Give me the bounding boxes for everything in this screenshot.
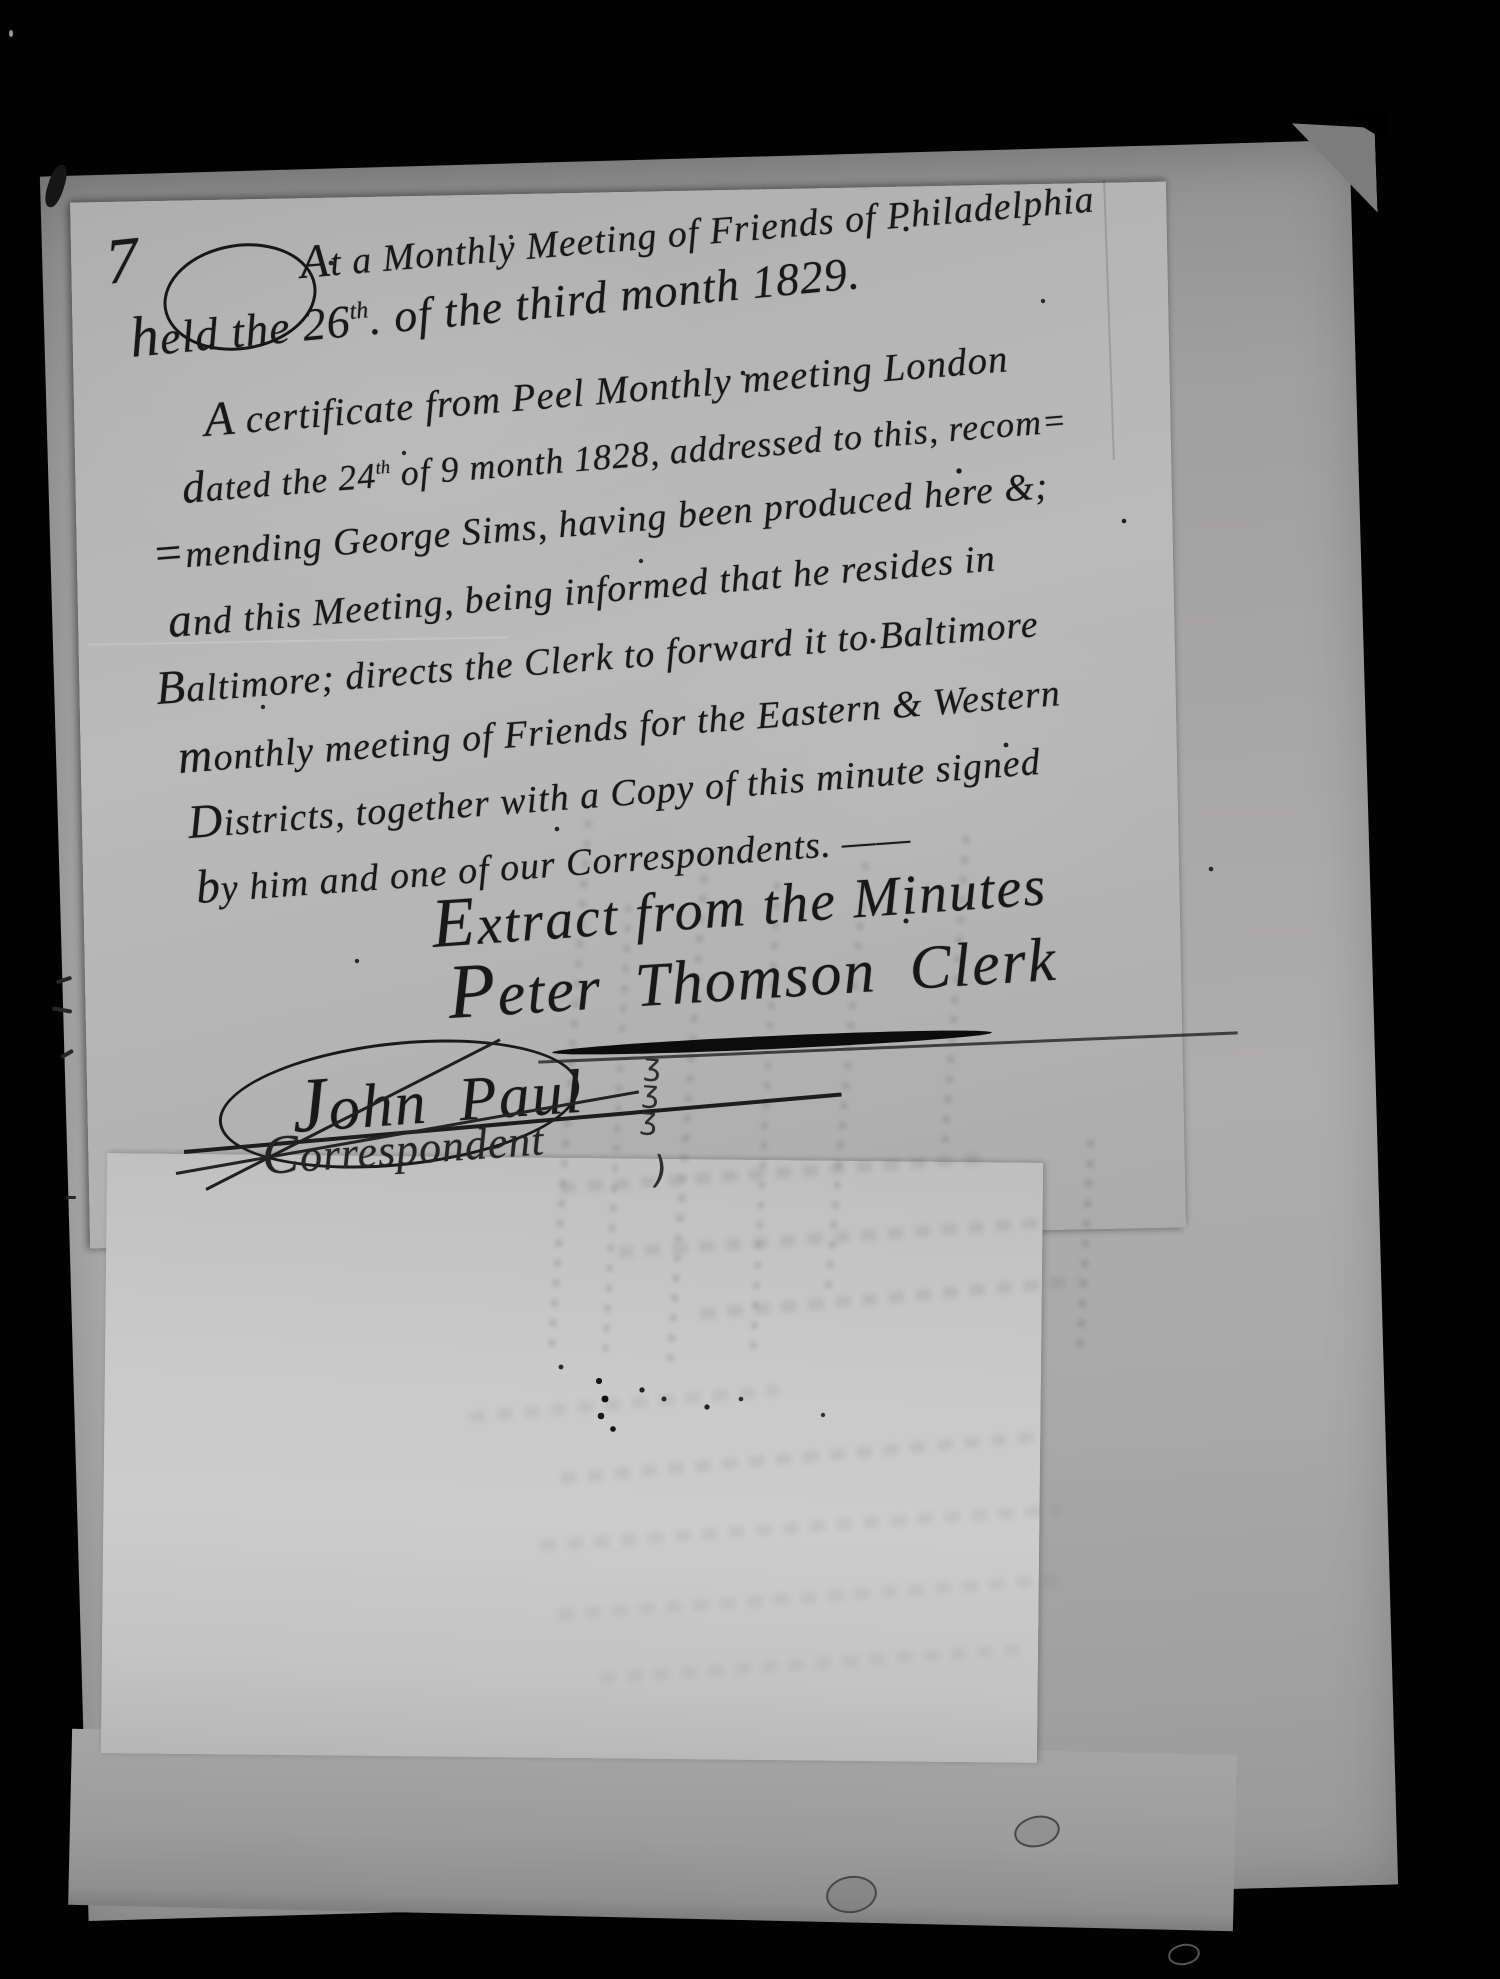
lower-blank-sheet <box>101 1153 1043 1763</box>
ink-speck-cluster <box>0 0 2 2</box>
edge-mark <box>66 1196 76 1199</box>
margin-numeral: 7 <box>102 223 143 301</box>
backing-bottom-edge <box>68 1729 1237 1931</box>
scanned-document-photo: 7 At a Monthly Meeting of Friends of Phi… <box>0 0 1500 1979</box>
clerk-title: Clerk <box>907 926 1059 1003</box>
white-speck <box>9 30 13 37</box>
punch-hole-ring <box>1166 1941 1201 1967</box>
line2-ordinal: th <box>348 297 369 325</box>
